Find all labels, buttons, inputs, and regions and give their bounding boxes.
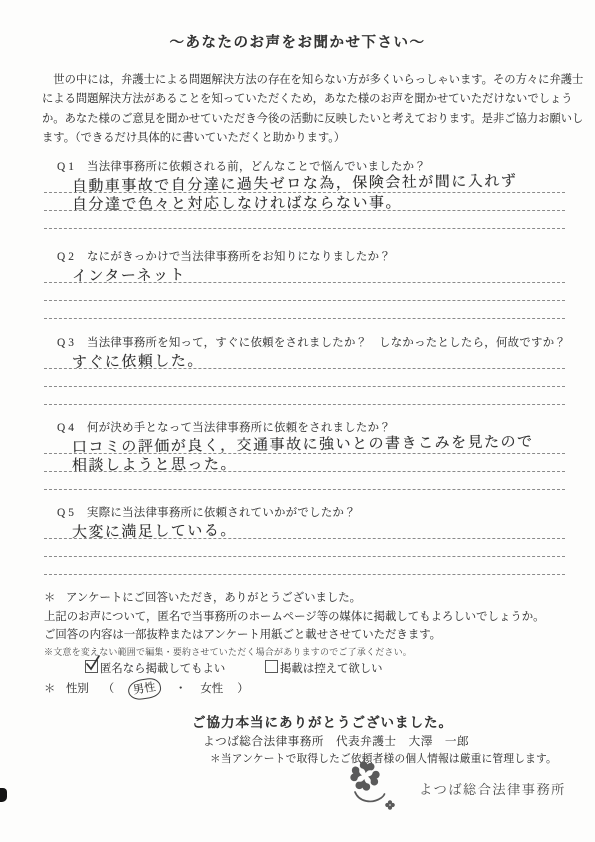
dot-separator: ・ bbox=[175, 683, 186, 695]
publish-consent-options: 匿名なら掲載してもよい 掲載は控えて欲しい bbox=[85, 660, 383, 676]
no-publish-checkbox-unchecked bbox=[265, 660, 278, 673]
question-id: Q4 bbox=[57, 421, 80, 436]
male-option-circled: 男性 bbox=[127, 677, 163, 702]
gender-row: ＊性別（男性・女性） bbox=[44, 679, 249, 699]
question-block-q1: Q1当法律事務所に依頼される前，どんなことで悩んでいましたか？ 自動車事故で自分… bbox=[44, 160, 565, 229]
survey-thanks-text: アンケートにご回答いただき，ありがとうございました。 bbox=[66, 592, 361, 604]
answer-line: 大変に満足している。 bbox=[44, 521, 565, 539]
intro-line: による問題解決方法があることを知っていただくため，あなた様のお声を聞かせていただ… bbox=[42, 90, 567, 109]
question-id: Q3 bbox=[57, 336, 80, 351]
answer-line: 自分達で色々と対応しなければならない事。 bbox=[44, 193, 565, 211]
question-text: なにがきっかけで当法律事務所をお知りになりましたか？ bbox=[87, 251, 391, 263]
close-paren: ） bbox=[237, 683, 248, 695]
answer-line: 相談しようと思った。 bbox=[44, 454, 565, 472]
no-publish-label: 掲載は控えて欲しい bbox=[280, 663, 383, 675]
answer-line bbox=[44, 539, 565, 557]
anonymous-ok-checkbox-checked bbox=[85, 660, 98, 673]
handwritten-check-icon bbox=[83, 653, 103, 673]
answer-line bbox=[44, 557, 565, 575]
question-block-q5: Q5実際に当法律事務所に依頼されていかがでしたか？ 大変に満足している。 bbox=[44, 506, 565, 575]
question-block-q4: Q4何が決め手となって当法律事務所に依頼をされましたか？ 口コミの評価が良く，交… bbox=[44, 421, 565, 490]
female-option: 女性 bbox=[200, 683, 223, 695]
question-id: Q5 bbox=[57, 506, 80, 521]
answer-line bbox=[44, 283, 565, 301]
clover-logo-icon bbox=[346, 761, 410, 822]
intro-line: 世の中には，弁護士による問題解決方法の存在を知らない方が多くいらっしゃいます。そ… bbox=[42, 71, 567, 90]
answer-line bbox=[44, 211, 565, 229]
scanner-edge-artifact bbox=[0, 788, 7, 802]
answer-line: インターネット bbox=[44, 265, 565, 283]
anonymous-ok-label: 匿名なら掲載してもよい bbox=[100, 663, 225, 675]
answer-line bbox=[44, 369, 565, 387]
question-block-q2: Q2なにがきっかけで当法律事務所をお知りになりましたか？ インターネット bbox=[44, 250, 565, 319]
question-id: Q1 bbox=[57, 160, 80, 175]
firm-representative-line: よつば総合法律事務所 代表弁護士 大澤 一郎 bbox=[203, 733, 469, 749]
asterisk-bullet: ＊ bbox=[44, 589, 66, 605]
question-text: 当法律事務所を知って，すぐに依頼をされましたか？ しなかったとしたら，何故ですか… bbox=[87, 337, 566, 349]
answer-line: 口コミの評価が良く，交通事故に強いとの書きこみを見たので bbox=[44, 436, 565, 454]
intro-line: ます。（できるだけ具体的に書いていただくと助かります。） bbox=[42, 129, 567, 148]
gender-label: 性別 bbox=[66, 683, 89, 695]
question-block-q3: Q3当法律事務所を知って，すぐに依頼をされましたか？ しなかったとしたら，何故で… bbox=[44, 336, 565, 405]
question-id: Q2 bbox=[57, 250, 80, 265]
consent-line-2: ご回答の内容は一部抜粋またはアンケート用紙ごと載せさせていただきます。 bbox=[44, 626, 441, 642]
consent-line-1: 上記のお声について，匿名で当事務所のホームページ等の媒体に掲載してもよろしいでし… bbox=[44, 608, 545, 624]
asterisk-bullet: ＊ bbox=[44, 680, 66, 696]
answer-line bbox=[44, 387, 565, 405]
open-paren: （ bbox=[103, 683, 114, 695]
page-title: ～あなたのお声をお聞かせ下さい～ bbox=[0, 31, 595, 52]
question-text: 実際に当法律事務所に依頼されていかがでしたか？ bbox=[87, 507, 356, 519]
intro-line: か。あなた様のご意見を聞かせていただき今後の活動に反映したいと考えております。是… bbox=[42, 110, 567, 129]
answer-line: すぐに依頼した。 bbox=[44, 351, 565, 369]
answer-line: 自動車事故で自分達に過失ゼロな為，保険会社が間に入れず bbox=[44, 175, 565, 193]
mini-clover-icon bbox=[385, 800, 395, 810]
survey-thanks-line: ＊アンケートにご回答いただき，ありがとうございました。 bbox=[44, 589, 361, 605]
firm-logo-text: よつば総合法律事務所 bbox=[419, 779, 566, 798]
intro-paragraph: 世の中には，弁護士による問題解決方法の存在を知らない方が多くいらっしゃいます。そ… bbox=[42, 71, 567, 149]
answer-line bbox=[44, 301, 565, 319]
answer-line bbox=[44, 472, 565, 490]
closing-thanks: ご協力本当にありがとうございました。 bbox=[192, 711, 453, 731]
survey-document: ～あなたのお声をお聞かせ下さい～ 世の中には，弁護士による問題解決方法の存在を知… bbox=[0, 0, 595, 842]
